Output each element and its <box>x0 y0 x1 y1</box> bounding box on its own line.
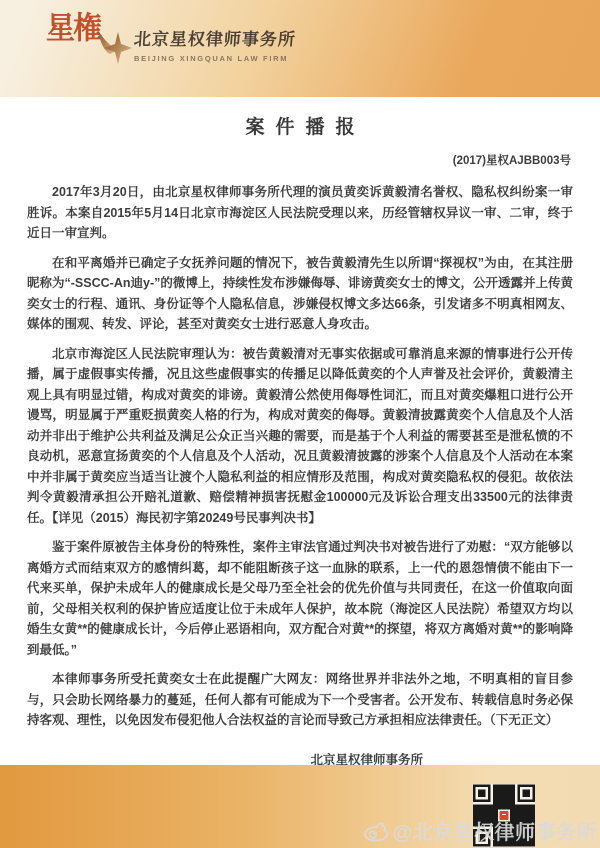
logo-seal: 星権 <box>46 13 100 45</box>
star-icon <box>96 14 132 74</box>
paragraph-1: 2017年3月20日，由北京星权律师事务所代理的演员黄奕诉黄毅清名誉权、隐私权纠… <box>27 182 573 244</box>
case-report-page: 星権 北京星权律师事务所 BEIJING XINGQUAN <box>0 0 600 848</box>
firm-name-cn: 北京星权律师事务所 <box>133 25 297 50</box>
document-body: 案件播报 (2017)星权AJBB003号 2017年3月20日，由北京星权律师… <box>0 97 600 800</box>
paragraph-5: 本律师事务所受托黄奕女士在此提醒广大网友：网络世界并非法外之地，不明真相的盲目参… <box>27 669 573 731</box>
paragraph-2: 在和平离婚并已确定子女抚养问题的情况下，被告黄毅清先生以所谓“探视权”为由，在其… <box>27 253 573 335</box>
paragraph-3: 北京市海淀区人民法院审理认为：被告黄毅清对无事实依据或可靠消息来源的情事进行公开… <box>27 344 573 529</box>
page-title: 案件播报 <box>27 112 573 139</box>
header-banner: 星権 北京星权律师事务所 BEIJING XINGQUAN <box>0 0 600 97</box>
weibo-icon <box>362 819 389 843</box>
document-number: (2017)星权AJBB003号 <box>27 152 573 168</box>
weibo-watermark: @北京星权律师事务所 <box>362 816 597 845</box>
law-firm-logo: 星権 北京星权律师事务所 BEIJING XINGQUAN <box>46 14 296 74</box>
watermark-text: @北京星权律师事务所 <box>392 816 597 845</box>
firm-name-en: BEIJING XINGQUAN LAW FIRM <box>134 54 296 63</box>
paragraph-4: 鉴于案件原被告主体身份的特殊性，案件主审法官通过判决书对被告进行了劝慰：“双方能… <box>27 537 573 660</box>
firm-name-block: 北京星权律师事务所 BEIJING XINGQUAN LAW FIRM <box>134 14 296 63</box>
